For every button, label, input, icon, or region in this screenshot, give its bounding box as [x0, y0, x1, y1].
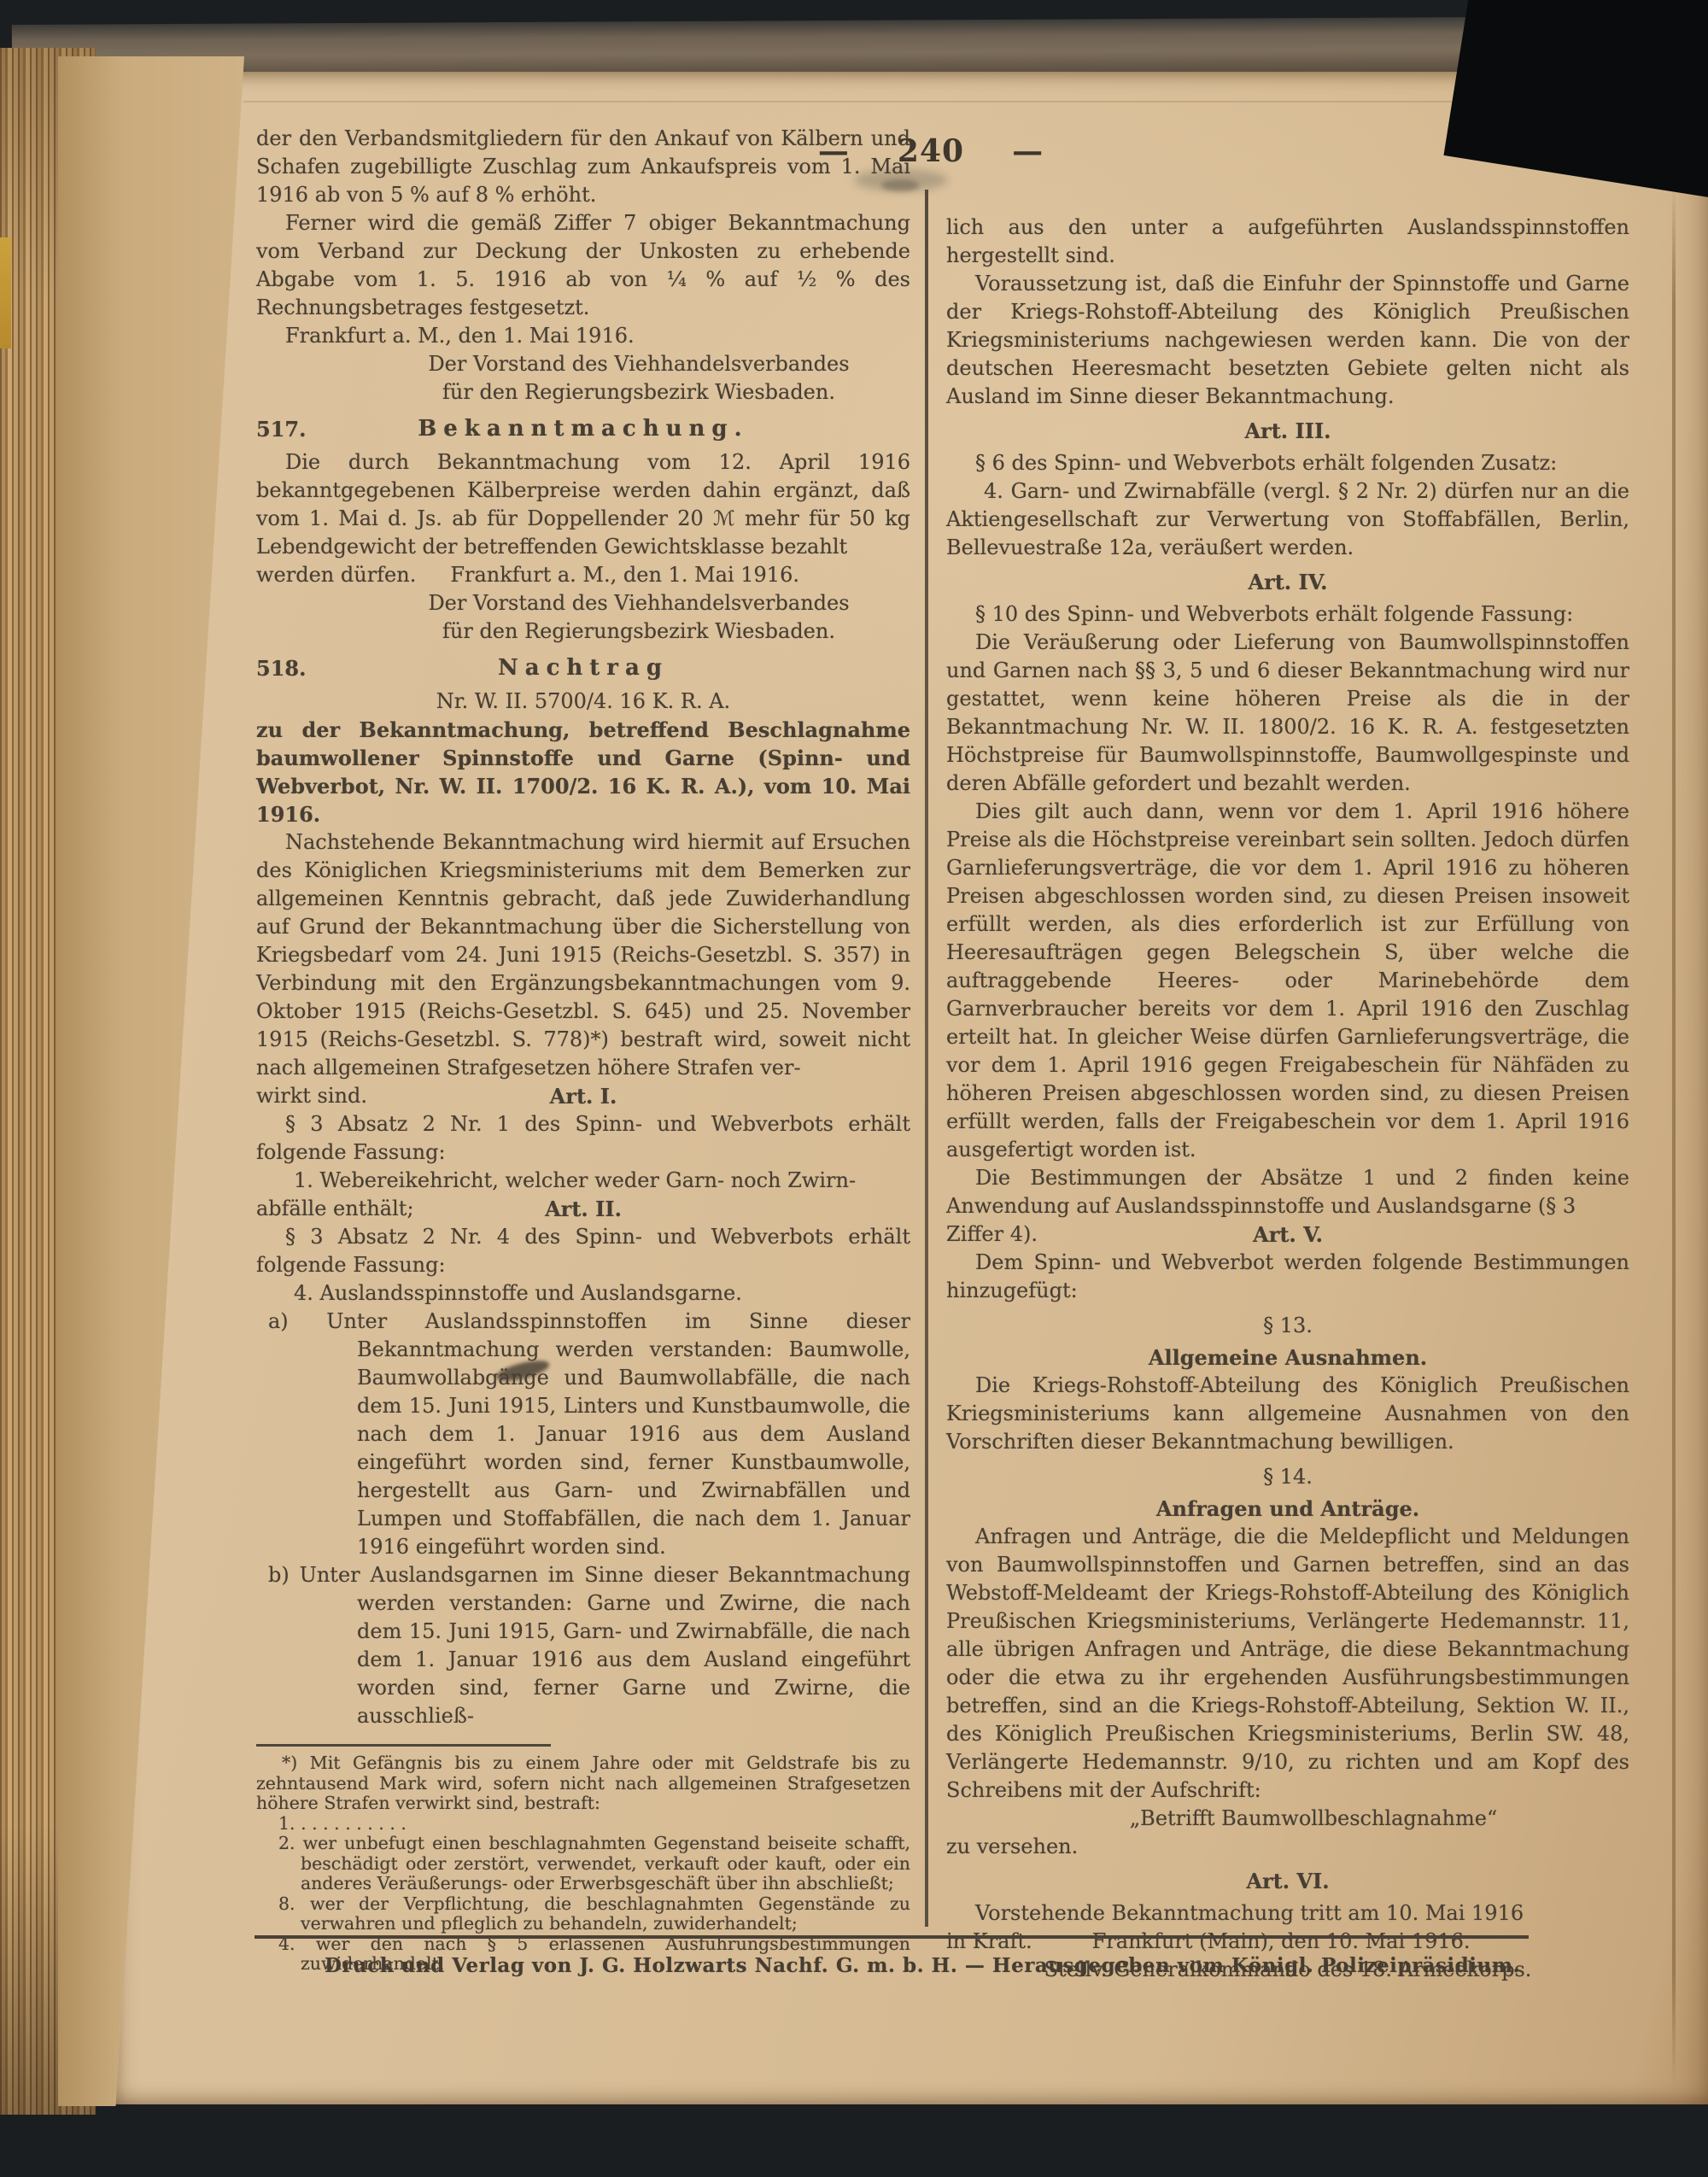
header-dash-right: —	[1012, 133, 1044, 169]
list-item-4: 4. Auslandsspinnstoffe und Auslandsgarne…	[256, 1279, 910, 1308]
article-1-heading: Art. I.	[256, 1082, 910, 1110]
paragraph-13-title: Allgemeine Ausnahmen.	[946, 1343, 1629, 1372]
column-divider-rule	[925, 190, 928, 1927]
sentence-end: werden dürfen.	[256, 561, 416, 589]
signature-line: Der Vorstand des Viehhandelsverbandes	[256, 350, 910, 378]
line-with-article-heading: wirkt sind. Art. I.	[256, 1082, 910, 1110]
line-with-dateline: in Kraft. Frankfurt (Main), den 10. Mai …	[946, 1928, 1629, 1956]
paragraph-art3-item: 4. Garn- und Zwirnabfälle (vergl. § 2 Nr…	[946, 477, 1629, 562]
paragraph-art4-2: Dies gilt auch dann, wenn vor dem 1. Apr…	[946, 798, 1629, 1164]
paragraph-art4-intro: § 10 des Spinn- und Webverbots erhält fo…	[946, 600, 1629, 629]
paragraph-art1: § 3 Absatz 2 Nr. 1 des Spinn- und Webver…	[256, 1110, 910, 1167]
sentence-end: in Kraft.	[946, 1928, 1032, 1956]
paragraph-zu-versehen: zu versehen.	[946, 1833, 1629, 1861]
line-with-article-heading: abfälle enthält; Art. II.	[256, 1195, 910, 1223]
footer-rule	[254, 1935, 1529, 1939]
paragraph-nachstehende: Nachstehende Bekanntmachung wird hiermit…	[256, 828, 910, 1082]
paragraph-art2: § 3 Absatz 2 Nr. 4 des Spinn- und Webver…	[256, 1223, 910, 1279]
footnote-item: 2. wer unbefugt einen beschlagnahmten Ge…	[256, 1834, 910, 1894]
dateline: Frankfurt a. M., den 1. Mai 1916.	[450, 561, 799, 589]
paragraph-14-number: § 14.	[946, 1463, 1629, 1491]
article-3-heading: Art. III.	[946, 417, 1629, 445]
line-with-article-heading: Ziffer 4). Art. V.	[946, 1220, 1629, 1249]
signature-line: Der Vorstand des Viehhandelsverbandes	[256, 589, 910, 617]
list-item-1: 1. Webereikehricht, welcher weder Garn- …	[256, 1167, 910, 1195]
paragraph-ferner: Ferner wird die gemäß Ziffer 7 obiger Be…	[256, 209, 910, 322]
article-2-heading: Art. II.	[256, 1195, 910, 1223]
list-item-b: b) Unter Auslandsgarnen im Sinne dieser …	[256, 1561, 910, 1730]
line-with-dateline: werden dürfen. Frankfurt a. M., den 1. M…	[256, 561, 910, 589]
dateline: Frankfurt a. M., den 1. Mai 1916.	[256, 322, 910, 350]
paragraph-13-number: § 13.	[946, 1312, 1629, 1340]
footnote-intro: *) Mit Gefängnis bis zu einem Jahre oder…	[256, 1753, 910, 1814]
yellow-page-edge	[0, 237, 11, 348]
footnote: *) Mit Gefängnis bis zu einem Jahre oder…	[256, 1753, 910, 1975]
footnote-item: 1. . . . . . . . . . .	[256, 1814, 910, 1835]
footnote-separator-rule	[256, 1744, 551, 1747]
left-column: der den Verbandsmitgliedern für den Anka…	[256, 125, 910, 1975]
paragraph-14-body: Anfragen und Anträge, die die Meldepflic…	[946, 1523, 1629, 1805]
section-number: 518.	[256, 654, 306, 682]
section-title: Bekanntmachung.	[418, 416, 748, 442]
section-number: 517.	[256, 415, 306, 443]
article-6-heading: Art. VI.	[946, 1867, 1629, 1895]
paragraph-art4-1: Die Veräußerung oder Lieferung von Baumw…	[946, 629, 1629, 798]
right-column: lich aus den unter a aufgeführten Auslan…	[946, 214, 1629, 1984]
signature-line: für den Regierungsbezirk Wiesbaden.	[256, 378, 910, 407]
article-4-heading: Art. IV.	[946, 568, 1629, 596]
footnote-item: 8. wer der Verpflichtung, die beschlagna…	[256, 1894, 910, 1934]
subject-quote-line: „Betrifft Baumwollbeschlagnahme“	[946, 1805, 1629, 1833]
signature-line: für den Regierungsbezirk Wiesbaden.	[256, 617, 910, 646]
decree-reference-number: Nr. W. II. 5700/4. 16 K. R. A.	[256, 688, 910, 716]
section-517-heading: 517. Bekanntmachung.	[256, 415, 910, 443]
paragraph-art5: Dem Spinn- und Webverbot werden folgende…	[946, 1249, 1629, 1305]
article-5-heading: Art. V.	[946, 1220, 1629, 1249]
imprint-line: Druck und Verlag von J. G. Holzwarts Nac…	[256, 1954, 1588, 1977]
list-item-a: a) Unter Auslandsspinnstoffen im Sinne d…	[256, 1308, 910, 1561]
scanned-book-page: — 240 — der den Verbandsmitgliedern für …	[0, 0, 1708, 2177]
paragraph-voraussetzung: Voraussetzung ist, daß die Einfuhr der S…	[946, 270, 1629, 411]
paragraph-absaetze: Die Bestimmungen der Absätze 1 und 2 fin…	[946, 1164, 1629, 1220]
page-right-fold-line	[1672, 188, 1676, 2084]
section-518-heading: 518. Nachtrag	[256, 654, 910, 682]
paragraph-continuation: lich aus den unter a aufgeführten Auslan…	[946, 214, 1629, 270]
section-title: Nachtrag	[498, 655, 669, 681]
paragraph-art6: Vorstehende Bekanntmachung tritt am 10. …	[946, 1899, 1629, 1928]
paragraph-13-body: Die Kriegs-Rohstoff-Abteilung des Königl…	[946, 1372, 1629, 1456]
paragraph-14-title: Anfragen und Anträge.	[946, 1495, 1629, 1523]
paragraph-continuation: der den Verbandsmitgliedern für den Anka…	[256, 125, 910, 209]
paragraph-art3-intro: § 6 des Spinn- und Webverbots erhält fol…	[946, 449, 1629, 477]
dateline: Frankfurt (Main), den 10. Mai 1916.	[1092, 1928, 1471, 1956]
decree-subtitle: zu der Bekanntmachung, betreffend Beschl…	[256, 716, 910, 828]
paragraph-517: Die durch Bekanntmachung vom 12. April 1…	[256, 448, 910, 561]
